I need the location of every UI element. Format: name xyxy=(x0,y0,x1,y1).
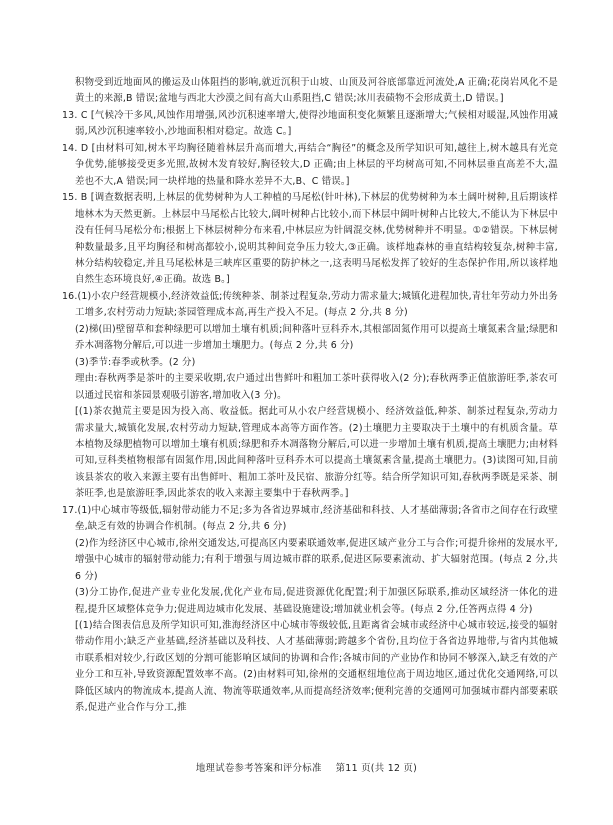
paragraph-q16-part3: (3)季节:春季或秋季。(2 分) xyxy=(62,355,558,371)
paragraph-q12-explanation-continuation: 积物受到近地面风的搬运及山体阻挡的影响,就近沉积于山坡、山顶及河谷底部靠近河流处… xyxy=(62,75,558,108)
paragraph-q14-answer: 14. D [由材料可知,树木平均胸径随着林层升高而增大,再结合“胸径”的概念及… xyxy=(62,141,558,190)
footer-document-title: 地理试卷参考答案和评分标准 xyxy=(196,763,322,774)
paragraph-q17-part3: (3)分工协作,促进产业专业化发展,优化产业布局,促进资源优化配置;利于加强区际… xyxy=(62,585,558,618)
paragraph-q17-part2: (2)作为经济区中心城市,徐州交通发达,可提高区内要素联通效率,促进区域产业分工… xyxy=(62,536,558,585)
paragraph-q16-part1: 16.(1)小农户经营规模小,经济效益低;传统种茶、制茶过程复杂,劳动力需求量大… xyxy=(62,289,558,322)
footer-page-number: 第11 页(共 12 页) xyxy=(336,763,418,774)
paragraph-q16-explanation: [(1)茶农抛荒主要是因为投入高、收益低。据此可从小农户经营规模小、经济效益低,… xyxy=(62,404,558,503)
paragraph-q17-explanation: [(1)结合图表信息及所学知识可知,淮海经济区中心城市等级较低,且距离省会城市或… xyxy=(62,618,558,717)
paragraph-q15-answer: 15. B [调查数据表明,上林层的优势树种为人工种植的马尾松(针叶林),下林层… xyxy=(62,190,558,289)
paragraph-q13-answer: 13. C [气候冷干多风,风蚀作用增强,风沙沉积速率增大,使得沙地面积变化频繁… xyxy=(62,108,558,141)
paragraph-q16-part3-reason: 理由:春秋两季是茶叶的主要采收期,农户通过出售鲜叶和粗加工茶叶获得收入(2 分)… xyxy=(62,371,558,404)
paragraph-q16-part2: (2)梯(田)壁留草和套种绿肥可以增加土壤有机质;间种落叶豆科乔木,其根部固氮作… xyxy=(62,322,558,355)
answer-sheet-page: 积物受到近地面风的搬运及山体阻挡的影响,就近沉积于山坡、山顶及河谷底部靠近河流处… xyxy=(0,0,613,825)
page-footer: 地理试卷参考答案和评分标准第11 页(共 12 页) xyxy=(0,762,613,776)
paragraph-q17-part1: 17.(1)中心城市等级低,辐射带动能力不足;多为各省边界城市,经济基础和科技、… xyxy=(62,503,558,536)
answers-text-block: 积物受到近地面风的搬运及山体阻挡的影响,就近沉积于山坡、山顶及河谷底部靠近河流处… xyxy=(62,75,558,717)
